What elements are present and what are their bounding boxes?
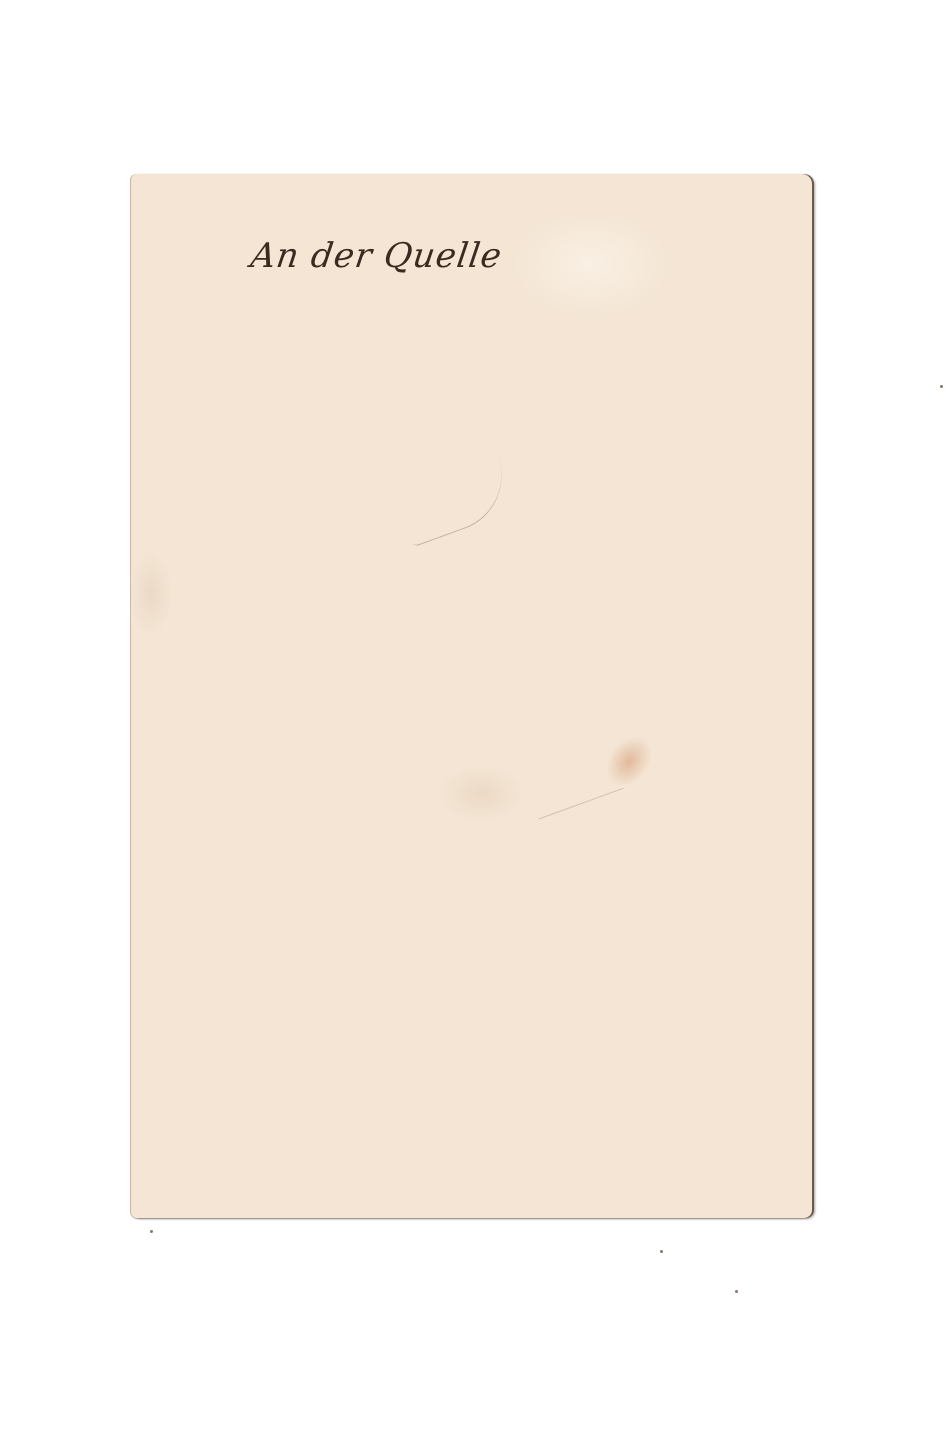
scratch-mark: [395, 457, 518, 547]
dust-speck: [150, 1230, 153, 1233]
dust-speck: [735, 1290, 738, 1293]
dust-speck: [940, 385, 943, 388]
scratch-mark: [528, 760, 623, 820]
handwritten-inscription: An der Quelle: [248, 236, 505, 276]
antique-card: An der Quelle: [131, 174, 812, 1218]
dust-speck: [660, 1250, 663, 1253]
